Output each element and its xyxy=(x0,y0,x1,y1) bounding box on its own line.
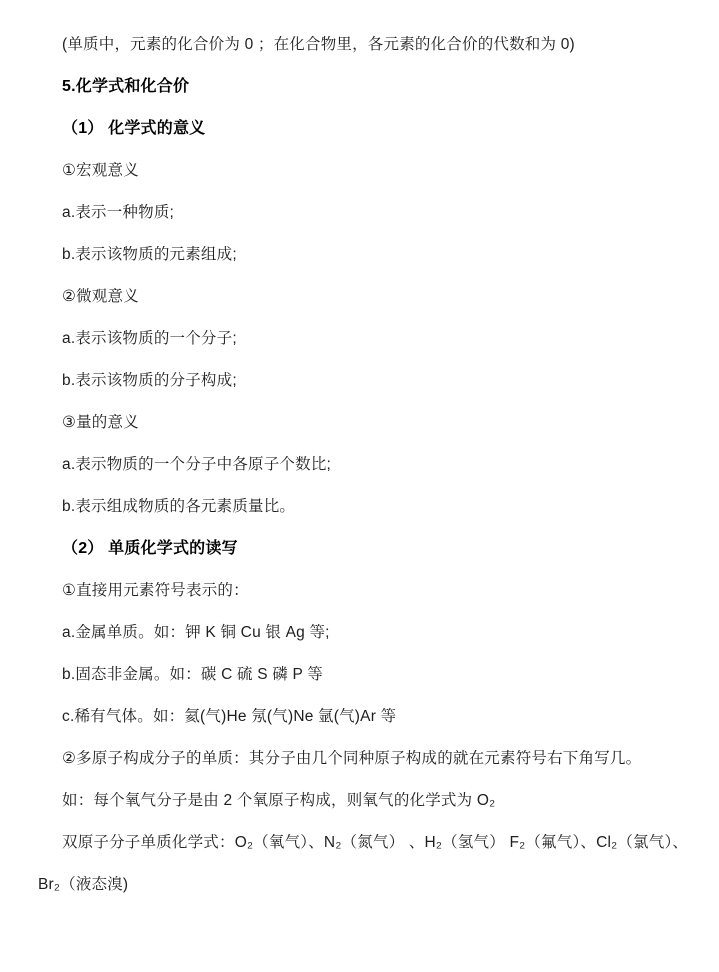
item-microscopic-meaning: ②微观意义 xyxy=(38,276,691,318)
item-direct-element-symbol: ①直接用元素符号表示的： xyxy=(38,570,691,612)
subheading-element-formula-reading-writing: （2） 单质化学式的读写 xyxy=(38,528,691,570)
document-page: (单质中，元素的化合价为 0 ；在化合物里，各元素的化合价的代数和为 0) 5.… xyxy=(0,0,719,972)
item-metal-elements: a.金属单质。如：钾 K 铜 Cu 银 Ag 等; xyxy=(38,612,691,654)
item-atom-count-ratio: a.表示物质的一个分子中各原子个数比; xyxy=(38,444,691,486)
subheading-formula-meaning: （1） 化学式的意义 xyxy=(38,108,691,150)
item-element-composition: b.表示该物质的元素组成; xyxy=(38,234,691,276)
item-solid-nonmetals: b.固态非金属。如：碳 C 硫 S 磷 P 等 xyxy=(38,654,691,696)
item-represents-a-substance: a.表示一种物质; xyxy=(38,192,691,234)
item-noble-gases: c.稀有气体。如：氦(气)He 氖(气)Ne 氩(气)Ar 等 xyxy=(38,696,691,738)
item-one-molecule: a.表示该物质的一个分子; xyxy=(38,318,691,360)
heading-chemical-formula-and-valence: 5.化学式和化合价 xyxy=(38,66,691,108)
item-element-mass-ratio: b.表示组成物质的各元素质量比。 xyxy=(38,486,691,528)
item-macroscopic-meaning: ①宏观意义 xyxy=(38,150,691,192)
item-diatomic-formulas: 双原子分子单质化学式：O₂（氧气）、N₂（氮气） 、H₂（氢气） F₂（氟气）、… xyxy=(38,822,691,906)
item-molecule-composition: b.表示该物质的分子构成; xyxy=(38,360,691,402)
note-valence-rule: (单质中，元素的化合价为 0 ；在化合物里，各元素的化合价的代数和为 0) xyxy=(38,24,691,66)
item-oxygen-example: 如：每个氧气分子是由 2 个氧原子构成，则氧气的化学式为 O₂ xyxy=(38,780,691,822)
item-polyatomic-molecules: ②多原子构成分子的单质：其分子由几个同种原子构成的就在元素符号右下角写几。 xyxy=(38,738,691,780)
item-quantitative-meaning: ③量的意义 xyxy=(38,402,691,444)
